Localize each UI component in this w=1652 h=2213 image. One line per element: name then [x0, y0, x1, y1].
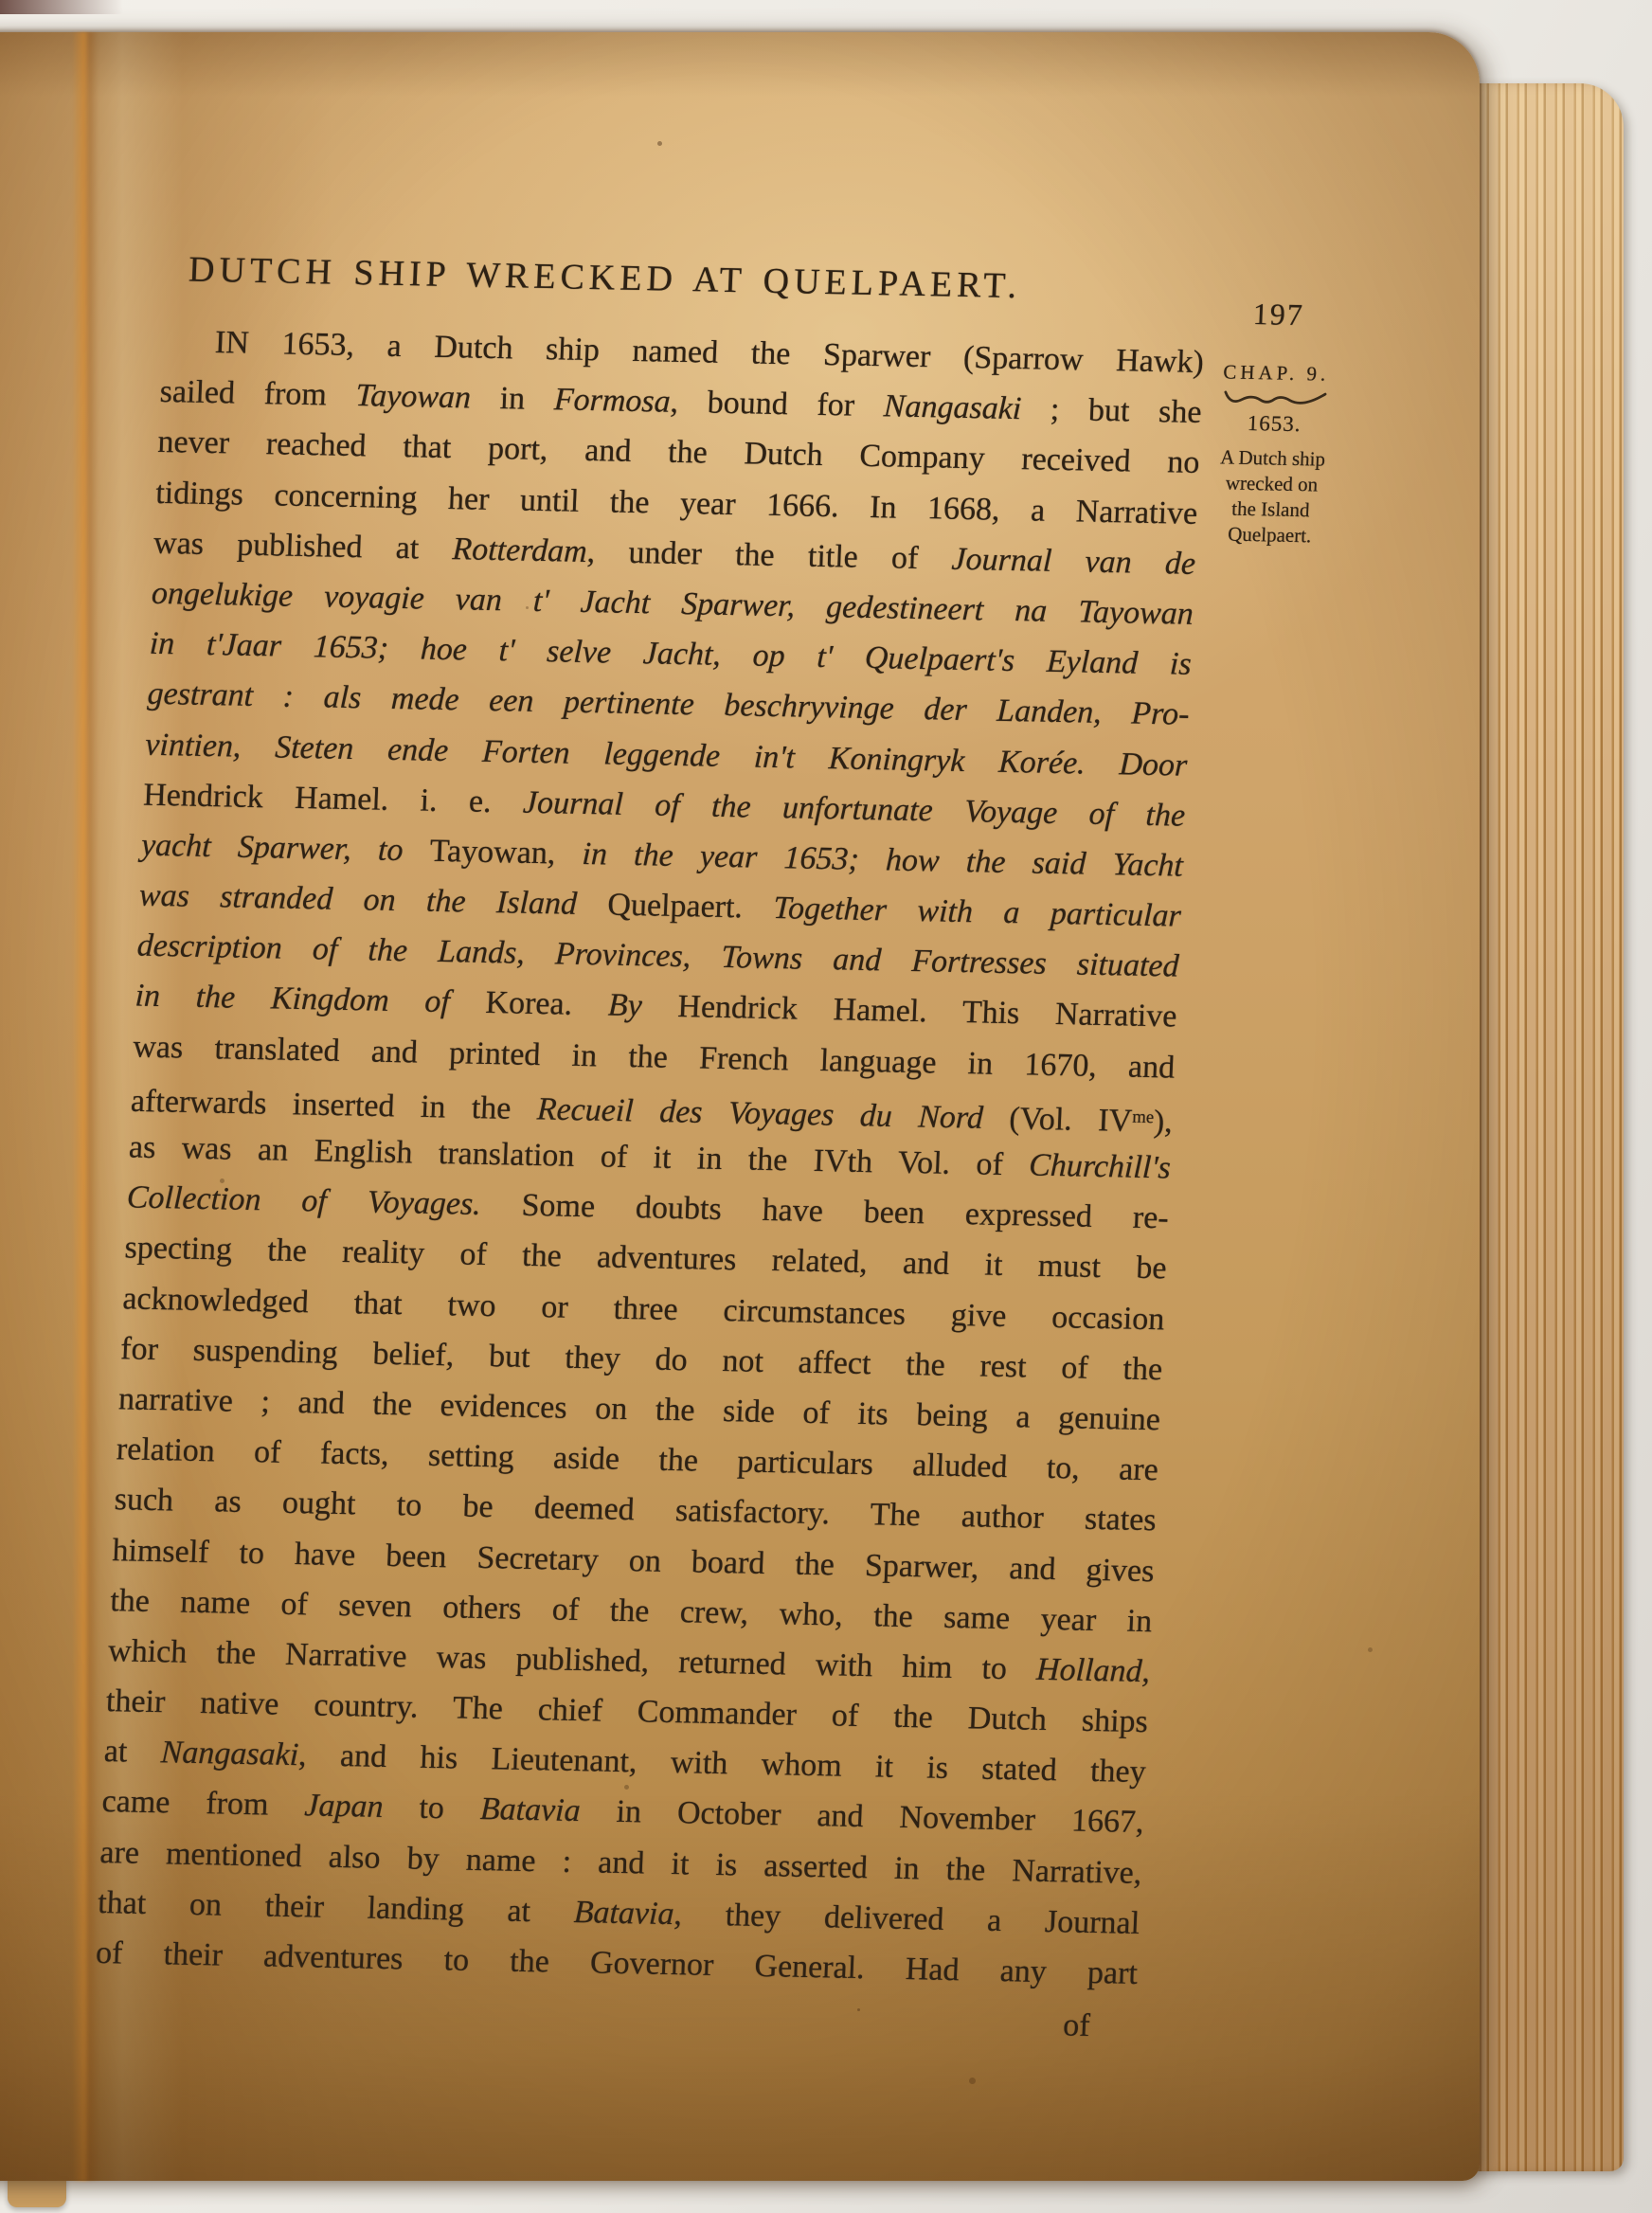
text-run: yacht Sparwer, to: [140, 827, 430, 868]
text-run: Together with a particular: [773, 891, 1182, 934]
text-run: Holland,: [1035, 1652, 1150, 1689]
text-run: came from: [101, 1784, 305, 1823]
text-run: Japan: [304, 1789, 385, 1826]
text-run: Hendrick Hamel. i. e.: [143, 777, 524, 819]
text-run: , under the title of: [586, 534, 952, 577]
text-run: , they delivered a Journal: [673, 1897, 1140, 1941]
text-run: in: [470, 381, 554, 418]
photo-backdrop: DUTCH SHIP WRECKED AT QUELPAERT. 197 IN …: [0, 0, 1652, 2213]
text-run: was stranded on the Island: [138, 878, 608, 923]
text-run: at: [103, 1734, 161, 1770]
page-number: 197: [1252, 297, 1305, 333]
text-run: By: [607, 988, 642, 1024]
running-head: DUTCH SHIP WRECKED AT QUELPAERT.: [188, 249, 1022, 308]
text-run: in October and November 1667,: [580, 1794, 1144, 1841]
sidenote-block: CHAP. 9. 1653. A Dutch ship wrecked on t…: [1194, 360, 1352, 549]
text-run: Churchill's: [1029, 1147, 1172, 1185]
cover-edge-sliver: [0, 0, 123, 14]
text-run: Formosa: [553, 382, 671, 419]
text-run: in the Kingdom of: [135, 979, 487, 1020]
text-run: Some doubts have been expressed re-: [480, 1187, 1169, 1236]
body-text: IN 1653, a Dutch ship named the Sparwer …: [95, 316, 1205, 1999]
text-run: ),: [1153, 1104, 1173, 1139]
text-run: Quelpaert.: [607, 888, 774, 926]
chapter-heading: CHAP. 9.: [1201, 360, 1352, 387]
catchword: of: [93, 1988, 1090, 2044]
text-run: Tayowan: [355, 378, 472, 415]
text-run: me: [1132, 1106, 1155, 1126]
text-run: was published at: [153, 526, 453, 567]
text-run: , bound for: [670, 385, 885, 423]
text-run: Recueil des Voyages du Nord: [536, 1091, 984, 1135]
text-run: in the year 1653; how the said Yacht: [555, 836, 1184, 883]
sidenote-summary: A Dutch ship wrecked on the Island Quelp…: [1216, 444, 1326, 549]
printed-text-layer: DUTCH SHIP WRECKED AT QUELPAERT. 197 IN …: [90, 248, 1369, 2128]
text-run: Rotterdam: [452, 531, 588, 569]
book-page: DUTCH SHIP WRECKED AT QUELPAERT. 197 IN …: [0, 32, 1480, 2181]
sidenote-year: 1653.: [1199, 410, 1350, 438]
text-run: Nangasaki: [883, 388, 1022, 426]
text-run: Nangasaki: [160, 1735, 299, 1772]
text-run: that on their landing at: [98, 1885, 575, 1930]
chapter-ornament-icon: [1222, 386, 1329, 410]
text-run: Korea.: [485, 985, 609, 1023]
text-run: (Vol. IV: [982, 1101, 1133, 1139]
text-run: Batavia: [479, 1791, 581, 1828]
text-run: Hendrick Hamel. This Narrative: [641, 989, 1177, 1035]
left-page-crease: [72, 32, 99, 2181]
text-run: , and his Lieutenant, with whom it is st…: [297, 1737, 1146, 1790]
fore-edge-pages: [1470, 83, 1624, 2171]
text-run: to: [383, 1790, 481, 1826]
text-run: ; but she: [1021, 391, 1203, 430]
text-run: afterwards inserted in the: [130, 1084, 537, 1127]
text-run: sailed from: [159, 374, 356, 413]
text-run: Batavia: [573, 1895, 674, 1932]
text-run: Journal van de: [951, 541, 1196, 581]
text-run: Collection of Voyages.: [126, 1180, 481, 1222]
text-run: Journal of the unfortunate Voyage of the: [522, 784, 1186, 833]
text-run: Tayowan,: [429, 834, 556, 872]
